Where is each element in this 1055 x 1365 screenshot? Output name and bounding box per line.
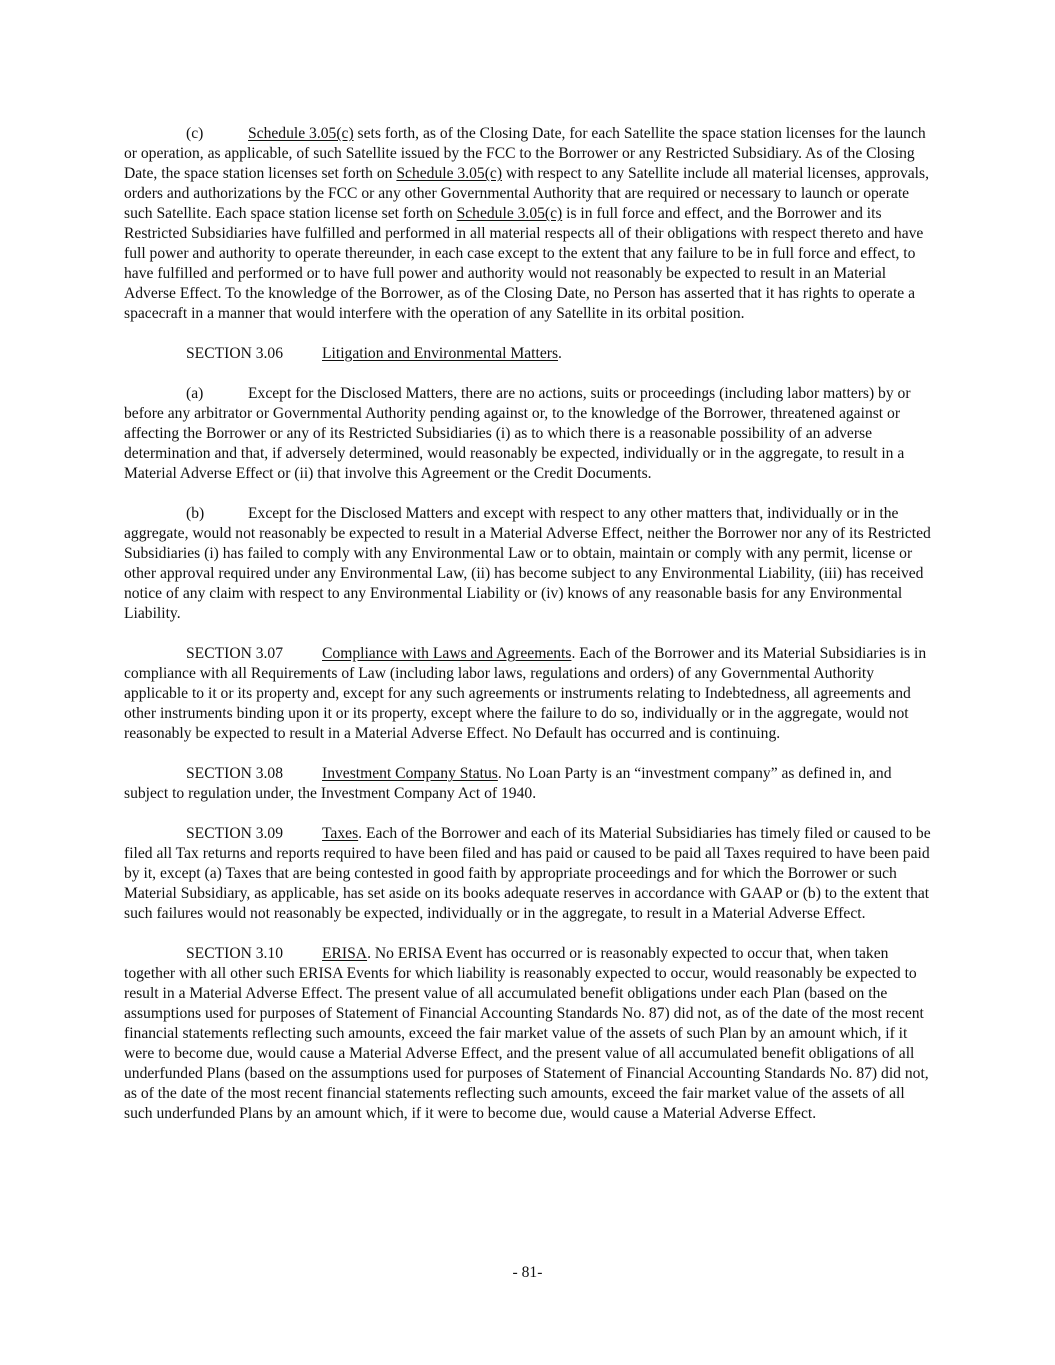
section-number: SECTION 3.10 bbox=[186, 944, 322, 964]
section-3-10: SECTION 3.10ERISA. No ERISA Event has oc… bbox=[124, 944, 932, 1124]
paragraph-label: (a) bbox=[186, 384, 248, 404]
section-title: Taxes bbox=[322, 825, 358, 842]
section-number: SECTION 3.08 bbox=[186, 764, 322, 784]
section-title: Investment Company Status bbox=[322, 765, 498, 782]
document-page: (c)Schedule 3.05(c) sets forth, as of th… bbox=[124, 124, 932, 1144]
section-number: SECTION 3.09 bbox=[186, 824, 322, 844]
paragraph-label: (c) bbox=[186, 124, 248, 144]
section-3-09: SECTION 3.09Taxes. Each of the Borrower … bbox=[124, 824, 932, 924]
schedule-reference: Schedule 3.05(c) bbox=[457, 205, 563, 222]
paragraph-3-06b: (b)Except for the Disclosed Matters and … bbox=[124, 504, 932, 624]
section-3-08: SECTION 3.08Investment Company Status. N… bbox=[124, 764, 932, 804]
paragraph-3-05c: (c)Schedule 3.05(c) sets forth, as of th… bbox=[124, 124, 932, 324]
section-title: Compliance with Laws and Agreements bbox=[322, 645, 571, 662]
paragraph-3-06a: (a)Except for the Disclosed Matters, the… bbox=[124, 384, 932, 484]
schedule-reference: Schedule 3.05(c) bbox=[396, 165, 502, 182]
section-number: SECTION 3.06 bbox=[186, 344, 322, 364]
schedule-reference: Schedule 3.05(c) bbox=[248, 125, 354, 142]
section-3-07: SECTION 3.07Compliance with Laws and Agr… bbox=[124, 644, 932, 744]
page-number: - 81- bbox=[0, 1264, 1055, 1282]
section-title: ERISA bbox=[322, 945, 367, 962]
section-number: SECTION 3.07 bbox=[186, 644, 322, 664]
paragraph-label: (b) bbox=[186, 504, 248, 524]
section-title: Litigation and Environmental Matters bbox=[322, 345, 558, 362]
section-3-06-heading: SECTION 3.06Litigation and Environmental… bbox=[124, 344, 932, 364]
